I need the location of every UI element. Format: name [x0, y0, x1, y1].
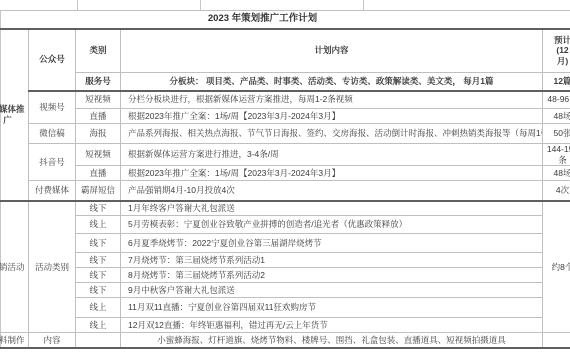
plan-table-screen: 2023 年策划推广工作计划 新媒体推广 公众号 类别 计划内容 预计 (12 … [0, 0, 570, 360]
column-header-category: 类别 [76, 29, 121, 73]
cell-mode: 线上 [76, 216, 121, 234]
column-header-forecast: 预计 (12 月) [543, 29, 570, 73]
table-row-activity: 线下 7月烧烤节：第三届烧烤节系列活动1 [0, 253, 570, 268]
table-row-activity: 线下 6月夏季烧烤节：2022宁夏创业谷第三届湖岸烧烤节 [0, 234, 570, 253]
cell-mode: 线上 [76, 298, 121, 318]
table-row-activity: 线下 8月烧烤节：第三届烧烤节系列活动2 [0, 268, 570, 283]
cell-forecast: 144-192条 [543, 144, 570, 166]
cell-plan: 6月夏季烧烤节：2022宁夏创业谷第三届湖岸烧烤节 [121, 234, 543, 253]
column-header-plan: 计划内容 [121, 29, 543, 73]
cell-plan: 根据新媒体运营方案进行推进，3-4条/周 [121, 144, 543, 166]
cell-forecast-empty [543, 333, 570, 348]
cell-plan: 11月双11直播：宁夏创业谷第四届双11狂欢购房节 [121, 298, 543, 318]
cell-plan: 小蜜蜂海报、灯杆道旗、烧烤节物料、楼牌号、围挡、礼盒包装、直播道具、短视频拍摄道… [121, 333, 543, 348]
cell-mode: 线下 [76, 234, 121, 253]
table-row-materials: 物料制作 内容 小蜜蜂海报、灯杆道旗、烧烤节物料、楼牌号、围挡、礼盒包装、直播道… [0, 333, 570, 348]
cell-plan: 分板块： 项目类、产品类、时事类、活动类、专访类、政策解读类、美文类， 每月1篇 [121, 73, 543, 91]
top-strip-divider [77, 0, 78, 10]
cell-category-empty [76, 333, 121, 348]
cell-plan: 根据2023年推广全案：1场/周【2023年3月-2024年3月】 [121, 166, 543, 181]
cell-forecast: 约8个 [543, 201, 570, 333]
cell-forecast: 48场 [543, 166, 570, 181]
cell-account-douyin: 抖音号 [29, 144, 76, 181]
cell-account-wechat: 微信稿 [29, 124, 76, 144]
cell-forecast: 48场 [543, 109, 570, 124]
table-row-service: 服务号 分板块： 项目类、产品类、时事类、活动类、专访类、政策解读类、美文类， … [0, 73, 570, 91]
promotion-plan-table: 2023 年策划推广工作计划 新媒体推广 公众号 类别 计划内容 预计 (12 … [0, 10, 570, 349]
cell-materials-group: 内容 [29, 333, 76, 348]
cell-category: 直播 [76, 109, 121, 124]
cell-forecast: 12篇 [543, 73, 570, 91]
table-row-activity: 线上 5月劳模表彰：宁夏创业谷致敬产业拼搏的创造者/追光者（优惠政策释放） [0, 216, 570, 234]
table-row-header: 新媒体推广 公众号 类别 计划内容 预计 (12 月) [0, 29, 570, 73]
section-label-activities: 营销活动 [0, 201, 29, 333]
table-row-activity: 线上 12月双12直播：年终钜惠福利，错过再无/云上年货节 [0, 318, 570, 333]
cell-mode: 线下 [76, 253, 121, 268]
cell-forecast: 4次 [543, 181, 570, 201]
cell-category: 霸屏短信 [76, 181, 121, 201]
cell-plan: 12月双12直播：年终钜惠福利，错过再无/云上年货节 [121, 318, 543, 333]
cell-category: 短视频 [76, 91, 121, 109]
cell-category: 服务号 [76, 73, 121, 91]
cell-mode: 线上 [76, 318, 121, 333]
table-row-media: 直播 根据2023年推广全案：1场/周【2023年3月-2024年3月】 48场 [0, 109, 570, 124]
cell-mode: 线下 [76, 201, 121, 216]
cell-plan: 1月年终客户答谢大礼包派送 [121, 201, 543, 216]
table-row-media: 微信稿 海报 产品系列海报、相关热点海报、节气节日海报、签约、交房海报、活动倒计… [0, 124, 570, 144]
cell-forecast: 50张 [543, 124, 570, 144]
top-strip-divider [363, 0, 364, 10]
top-strip-divider [200, 0, 201, 10]
section-label-media: 新媒体推广 [0, 29, 29, 201]
table-row-media: 直播 根据2023年推广全案：1场/周【2023年3月-2024年3月】 48场 [0, 166, 570, 181]
cell-plan: 7月烧烤节：第三届烧烤节系列活动1 [121, 253, 543, 268]
cell-category: 海报 [76, 124, 121, 144]
cell-forecast: 48-96条 [543, 91, 570, 109]
cell-activity-group: 活动类别 [29, 201, 76, 333]
cell-category: 短视频 [76, 144, 121, 166]
column-header-account: 公众号 [29, 29, 76, 91]
table-row-activity: 线下 9月中秋客户答谢大礼包派送 [0, 283, 570, 298]
table-row-activity: 营销活动 活动类别 线下 1月年终客户答谢大礼包派送 约8个 [0, 201, 570, 216]
cell-plan: 产品系列海报、相关热点海报、节气节日海报、签约、交房海报、活动倒计时海报、冲刺热… [121, 124, 543, 144]
cell-plan: 产品强销期4月-10月投放4次 [121, 181, 543, 201]
section-label-materials: 物料制作 [0, 333, 29, 348]
table-row-media: 付费媒体 霸屏短信 产品强销期4月-10月投放4次 4次 [0, 181, 570, 201]
table-row-title: 2023 年策划推广工作计划 [0, 11, 570, 29]
cell-plan: 分栏分板块进行，根据新媒体运营方案推进，每周1-2条视频 [121, 91, 543, 109]
cell-plan: 5月劳模表彰：宁夏创业谷致敬产业拼搏的创造者/追光者（优惠政策释放） [121, 216, 543, 234]
page-title: 2023 年策划推广工作计划 [0, 11, 570, 29]
cell-account-video: 视频号 [29, 91, 76, 124]
page-title-text: 2023 年策划推广工作计划 [208, 13, 317, 25]
cell-plan: 9月中秋客户答谢大礼包派送 [121, 283, 543, 298]
table-row-media: 抖音号 短视频 根据新媒体运营方案进行推进，3-4条/周 144-192条 [0, 144, 570, 166]
cell-account-paid: 付费媒体 [29, 181, 76, 201]
cell-mode: 线下 [76, 268, 121, 283]
cell-mode: 线下 [76, 283, 121, 298]
cell-plan: 8月烧烤节：第三届烧烤节系列活动2 [121, 268, 543, 283]
table-row-activity: 线上 11月双11直播：宁夏创业谷第四届双11狂欢购房节 [0, 298, 570, 318]
table-row-media: 视频号 短视频 分栏分板块进行，根据新媒体运营方案推进，每周1-2条视频 48-… [0, 91, 570, 109]
cell-plan: 根据2023年推广全案：1场/周【2023年3月-2024年3月】 [121, 109, 543, 124]
cell-category: 直播 [76, 166, 121, 181]
